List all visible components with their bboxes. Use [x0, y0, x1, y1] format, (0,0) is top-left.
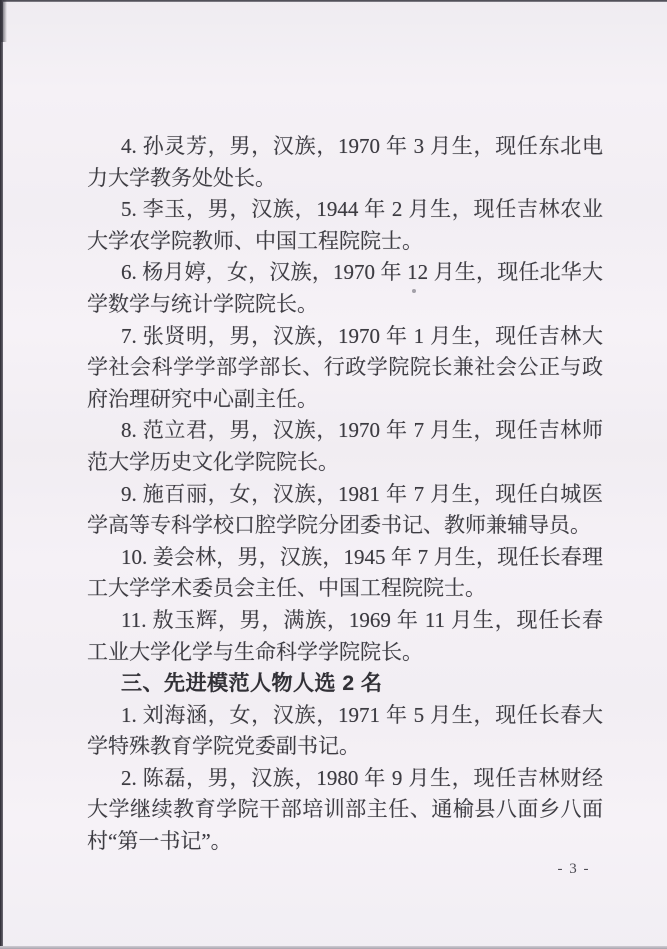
paragraph-item-7: 7. 张贤明，男，汉族，1970 年 1 月生，现任吉林大学社会科学学部学部长、… [87, 321, 603, 416]
paragraph-item-11: 11. 敖玉辉，男，满族，1969 年 11 月生，现任长春工业大学化学与生命科… [87, 605, 603, 668]
paragraph-model-2: 2. 陈磊，男，汉族，1980 年 9 月生，现任吉林财经大学继续教育学院干部培… [87, 763, 603, 858]
scan-edge-left [0, 0, 3, 949]
paragraph-item-10: 10. 姜会林，男，汉族，1945 年 7 月生，现任长春理工大学学术委员会主任… [87, 542, 603, 605]
paragraph-item-4: 4. 孙灵芳，男，汉族，1970 年 3 月生，现任东北电力大学教务处处长。 [87, 131, 603, 194]
scan-edge-top [0, 0, 667, 2]
page-number: - 3 - [558, 861, 591, 878]
body-text: 4. 孙灵芳，男，汉族，1970 年 3 月生，现任东北电力大学教务处处长。 5… [87, 131, 603, 858]
paragraph-item-8: 8. 范立君，男，汉族，1970 年 7 月生，现任吉林师范大学历史文化学院院长… [87, 415, 603, 478]
scanned-document-page: 4. 孙灵芳，男，汉族，1970 年 3 月生，现任东北电力大学教务处处长。 5… [0, 0, 667, 949]
paragraph-item-9: 9. 施百丽，女，汉族，1981 年 7 月生，现任白城医学高等专科学校口腔学院… [87, 479, 603, 542]
paragraph-item-5: 5. 李玉，男，汉族，1944 年 2 月生，现任吉林农业大学农学院教师、中国工… [87, 194, 603, 257]
scan-edge-left-wedge [0, 0, 7, 42]
paragraph-model-1: 1. 刘海涵，女，汉族，1971 年 5 月生，现任长春大学特殊教育学院党委副书… [87, 700, 603, 763]
paragraph-item-6: 6. 杨月婷，女，汉族，1970 年 12 月生，现任北华大学数学与统计学院院长… [87, 257, 603, 320]
section-heading: 三、先进模范人物人选 2 名 [87, 668, 603, 700]
